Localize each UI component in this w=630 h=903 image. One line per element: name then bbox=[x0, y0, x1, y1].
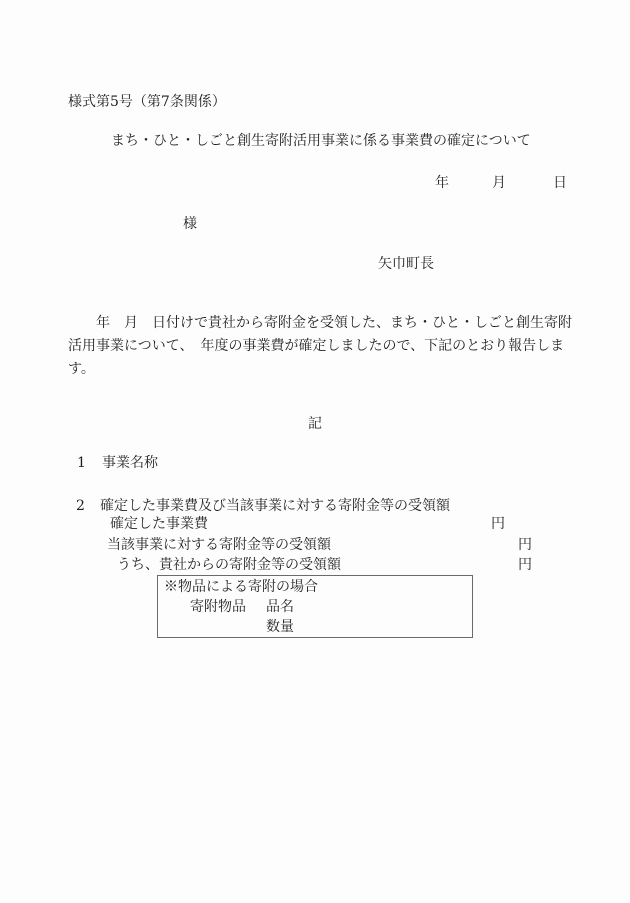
section-2-number: 2 bbox=[76, 499, 85, 514]
body-line-2: 活用事業について、 年度の事業費が確定しましたので、下記のとおり報告しま bbox=[68, 339, 564, 354]
in-kind-donation-box: ※物品による寄附の場合 寄附物品 品名 数量 bbox=[157, 575, 473, 638]
addressee-honorific: 様 bbox=[183, 217, 197, 232]
amount-row-label: うち、貴社からの寄附金等の受領額 bbox=[117, 558, 341, 573]
amount-row-unit: 円 bbox=[491, 517, 505, 532]
sender-title: 矢巾町長 bbox=[378, 257, 434, 272]
section-2-heading: 確定した事業費及び当該事業に対する寄附金等の受領額 bbox=[100, 499, 450, 514]
amount-row-label: 確定した事業費 bbox=[110, 517, 208, 532]
date-month-label: 月 bbox=[492, 176, 506, 191]
in-kind-item-label: 寄附物品 bbox=[190, 599, 246, 615]
record-marker: 記 bbox=[0, 417, 630, 432]
section-1-heading: 事業名称 bbox=[102, 456, 158, 471]
section-1-number: 1 bbox=[77, 456, 86, 471]
body-line-1: 年 月 日付けで貴社から寄附金を受領した、まち・ひと・しごと創生寄附 bbox=[68, 316, 572, 331]
form-number: 様式第5号（第7条関係） bbox=[68, 95, 226, 110]
amount-row-unit: 円 bbox=[518, 538, 532, 553]
in-kind-quantity-label: 数量 bbox=[266, 619, 294, 635]
date-year-label: 年 bbox=[435, 176, 449, 191]
date-day-label: 日 bbox=[553, 176, 567, 191]
body-line-3: す。 bbox=[68, 362, 95, 377]
amount-row-label: 当該事業に対する寄附金等の受領額 bbox=[107, 538, 331, 553]
in-kind-note: ※物品による寄附の場合 bbox=[164, 579, 318, 595]
amount-row-unit: 円 bbox=[518, 558, 532, 573]
document-title: まち・ひと・しごと創生寄附活用事業に係る事業費の確定について bbox=[111, 134, 531, 149]
document-page: 様式第5号（第7条関係） まち・ひと・しごと創生寄附活用事業に係る事業費の確定に… bbox=[0, 0, 630, 903]
in-kind-name-label: 品名 bbox=[266, 599, 294, 615]
